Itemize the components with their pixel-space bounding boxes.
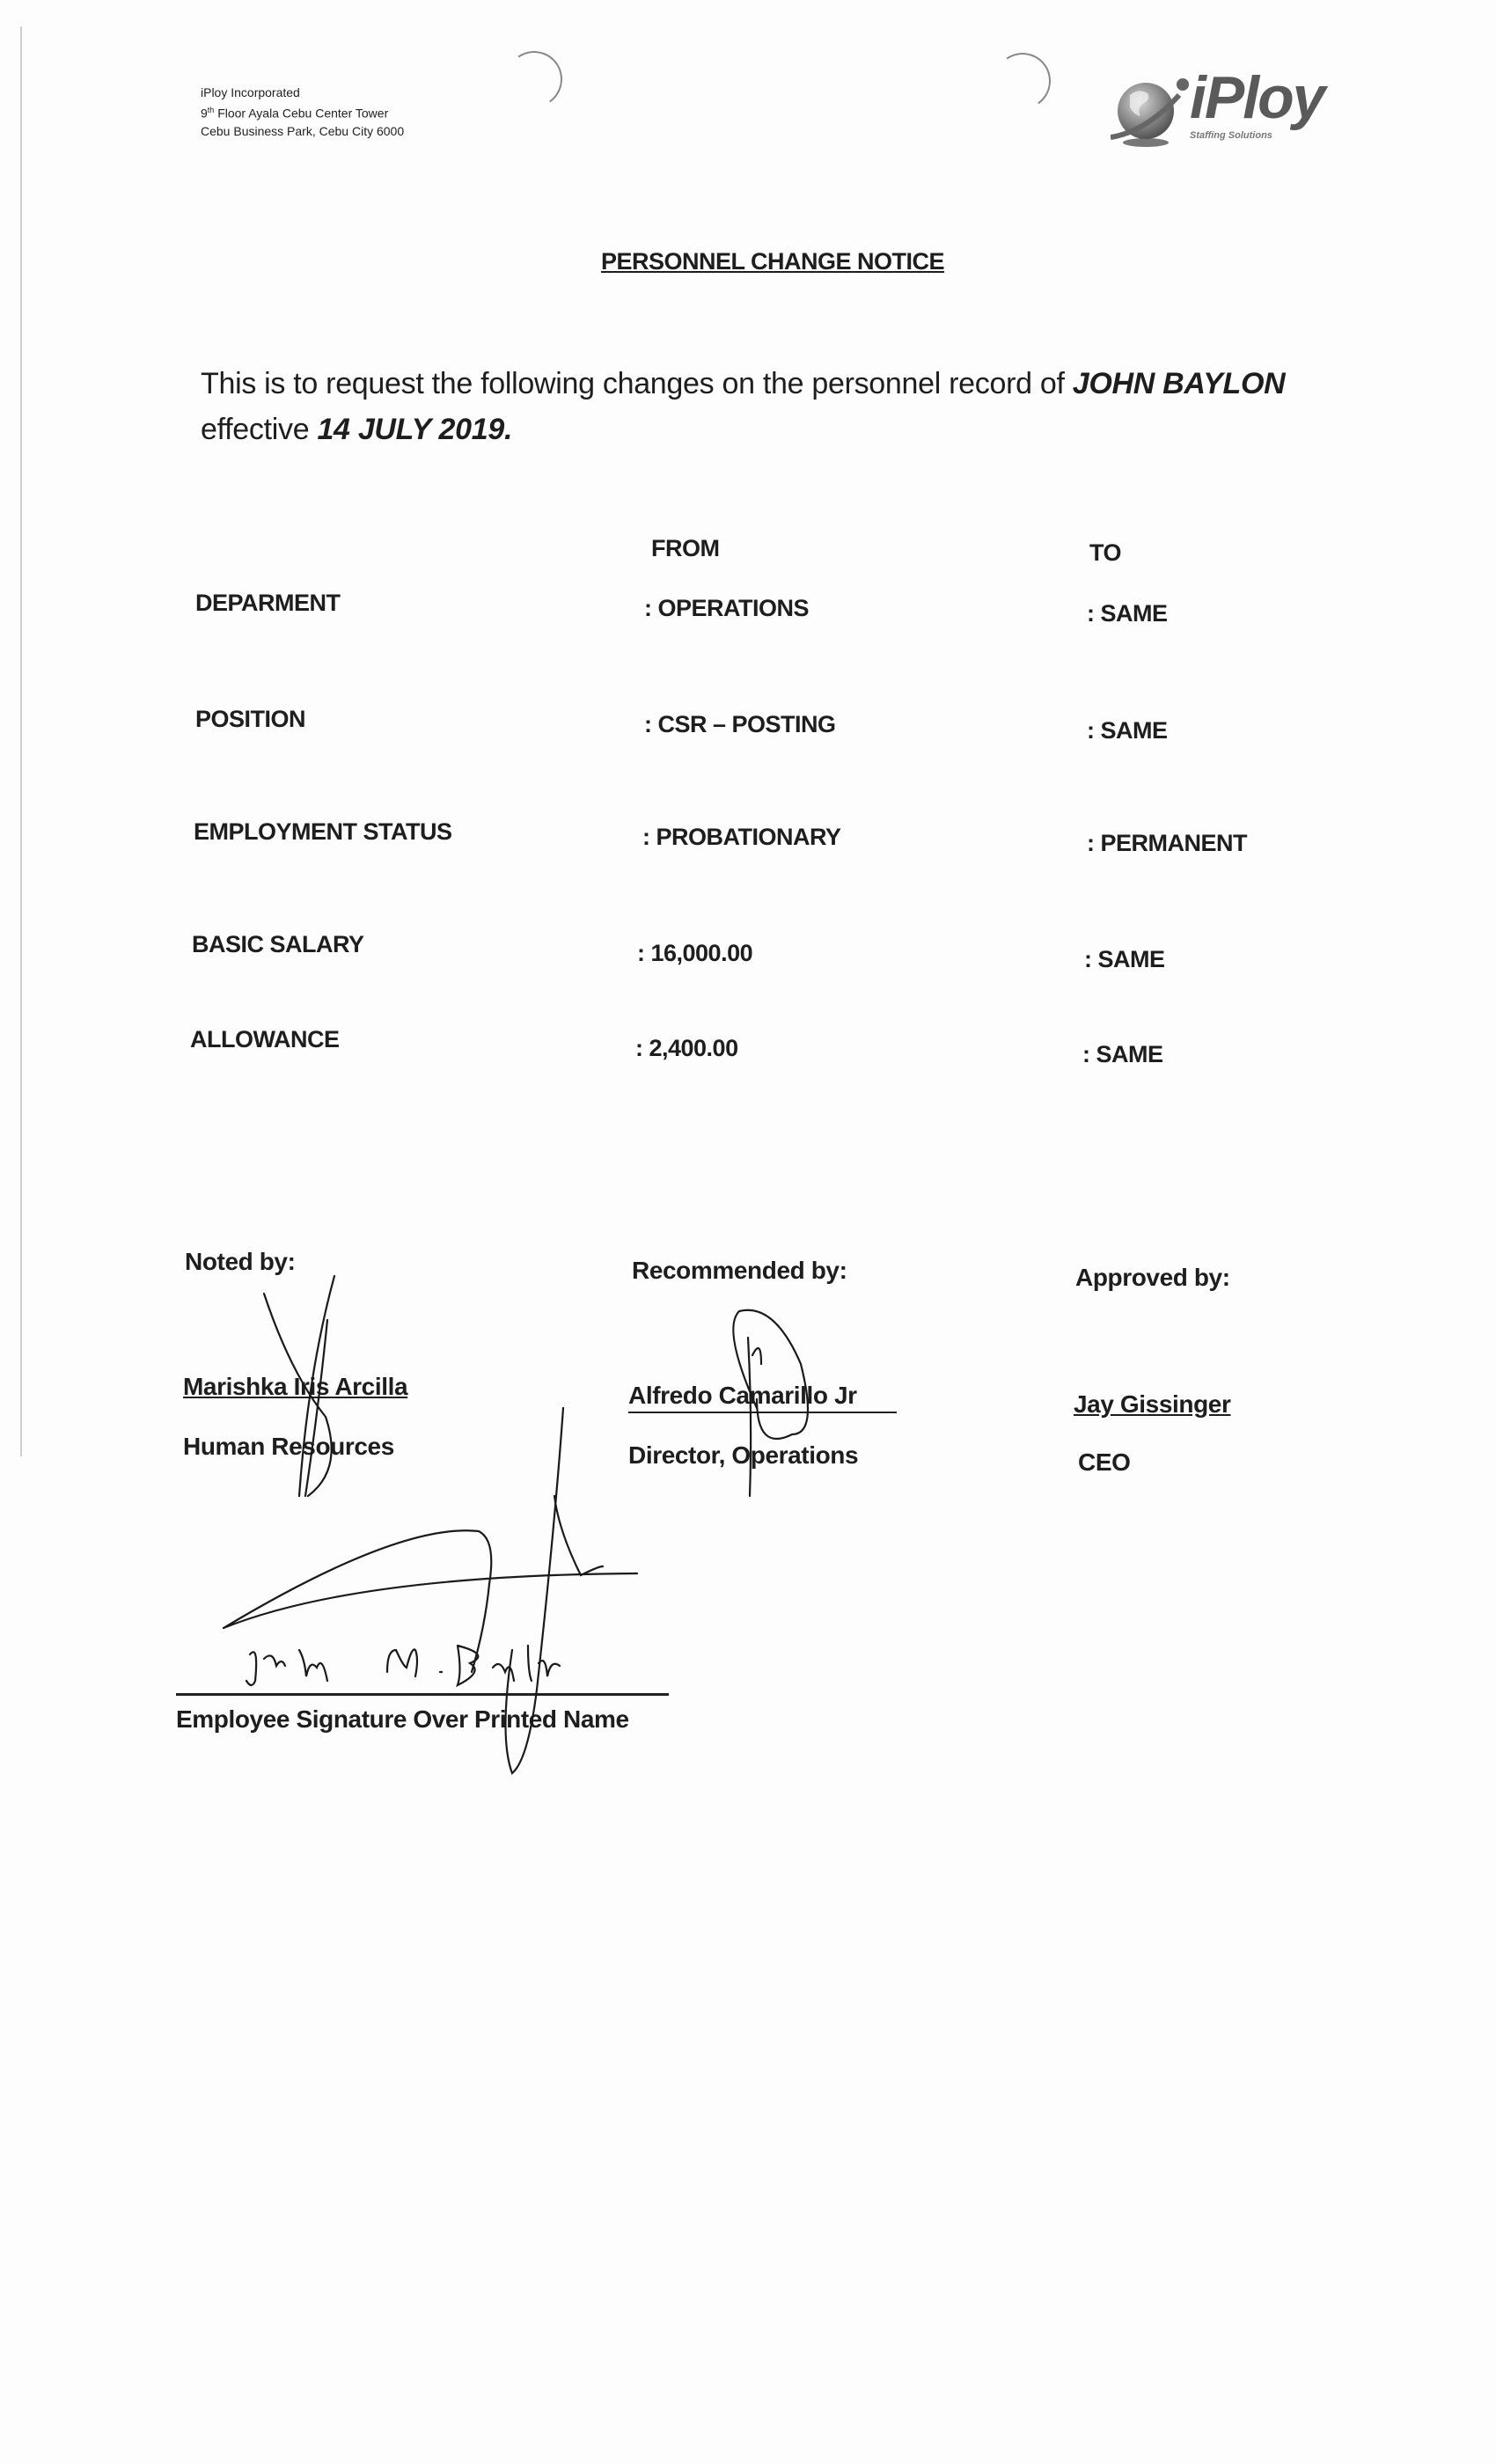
address-line-2: Cebu Business Park, Cebu City 6000 [201, 122, 404, 140]
document-title: PERSONNEL CHANGE NOTICE [601, 248, 944, 275]
row-from-value: : 16,000.00 [637, 940, 752, 967]
row-label: DEPARMENT [195, 590, 341, 617]
row-from-value: : CSR – POSTING [644, 711, 836, 738]
scan-edge-line [20, 26, 22, 1456]
row-to-value: : SAME [1087, 717, 1168, 744]
row-from-value: : OPERATIONS [644, 595, 809, 622]
row-to-value: : PERMANENT [1087, 830, 1247, 857]
intro-paragraph: This is to request the following changes… [201, 361, 1380, 452]
company-logo: iPloy Staffing Solutions [1111, 69, 1322, 152]
row-label: BASIC SALARY [192, 931, 364, 958]
row-to-value: : SAME [1087, 600, 1168, 627]
row-label: POSITION [195, 706, 305, 733]
effective-date: 14 JULY 2019. [317, 413, 512, 446]
logo-tagline: Staffing Solutions [1190, 130, 1272, 141]
row-label: ALLOWANCE [190, 1026, 339, 1053]
signatory-title: CEO [1078, 1448, 1130, 1477]
signatory-title: Human Resources [183, 1433, 394, 1461]
signatory-role-label: Noted by: [185, 1248, 296, 1276]
row-from-value: : 2,400.00 [635, 1035, 738, 1062]
company-address: iPloy Incorporated 9th Floor Ayala Cebu … [201, 84, 404, 140]
logo-wordmark: iPloy [1190, 63, 1324, 132]
punch-hole-mark [990, 48, 1055, 114]
row-from-value: : PROBATIONARY [642, 824, 841, 851]
row-to-value: : SAME [1084, 946, 1165, 973]
signatory-name: Marishka Iris Arcilla [183, 1373, 407, 1401]
employee-name: JOHN BAYLON [1073, 367, 1286, 400]
to-header: TO [1089, 539, 1121, 567]
signature-line [176, 1693, 669, 1696]
punch-hole-mark [502, 47, 567, 112]
row-label: EMPLOYMENT STATUS [194, 818, 452, 846]
company-name: iPloy Incorporated [201, 84, 404, 101]
globe-icon [1111, 69, 1194, 152]
signatory-role-label: Recommended by: [632, 1257, 847, 1285]
from-header: FROM [651, 535, 719, 562]
signature-line [628, 1412, 897, 1413]
signature-employee-name [246, 1646, 560, 1685]
signatory-name: Jay Gissinger [1074, 1390, 1230, 1419]
address-line-1: 9th Floor Ayala Cebu Center Tower [201, 101, 404, 122]
signatory-title: Director, Operations [628, 1441, 858, 1470]
row-to-value: : SAME [1082, 1041, 1163, 1068]
signatory-name: Alfredo Camarillo Jr [628, 1382, 857, 1410]
signatory-role-label: Approved by: [1075, 1264, 1230, 1292]
employee-signature-label: Employee Signature Over Printed Name [176, 1705, 629, 1734]
